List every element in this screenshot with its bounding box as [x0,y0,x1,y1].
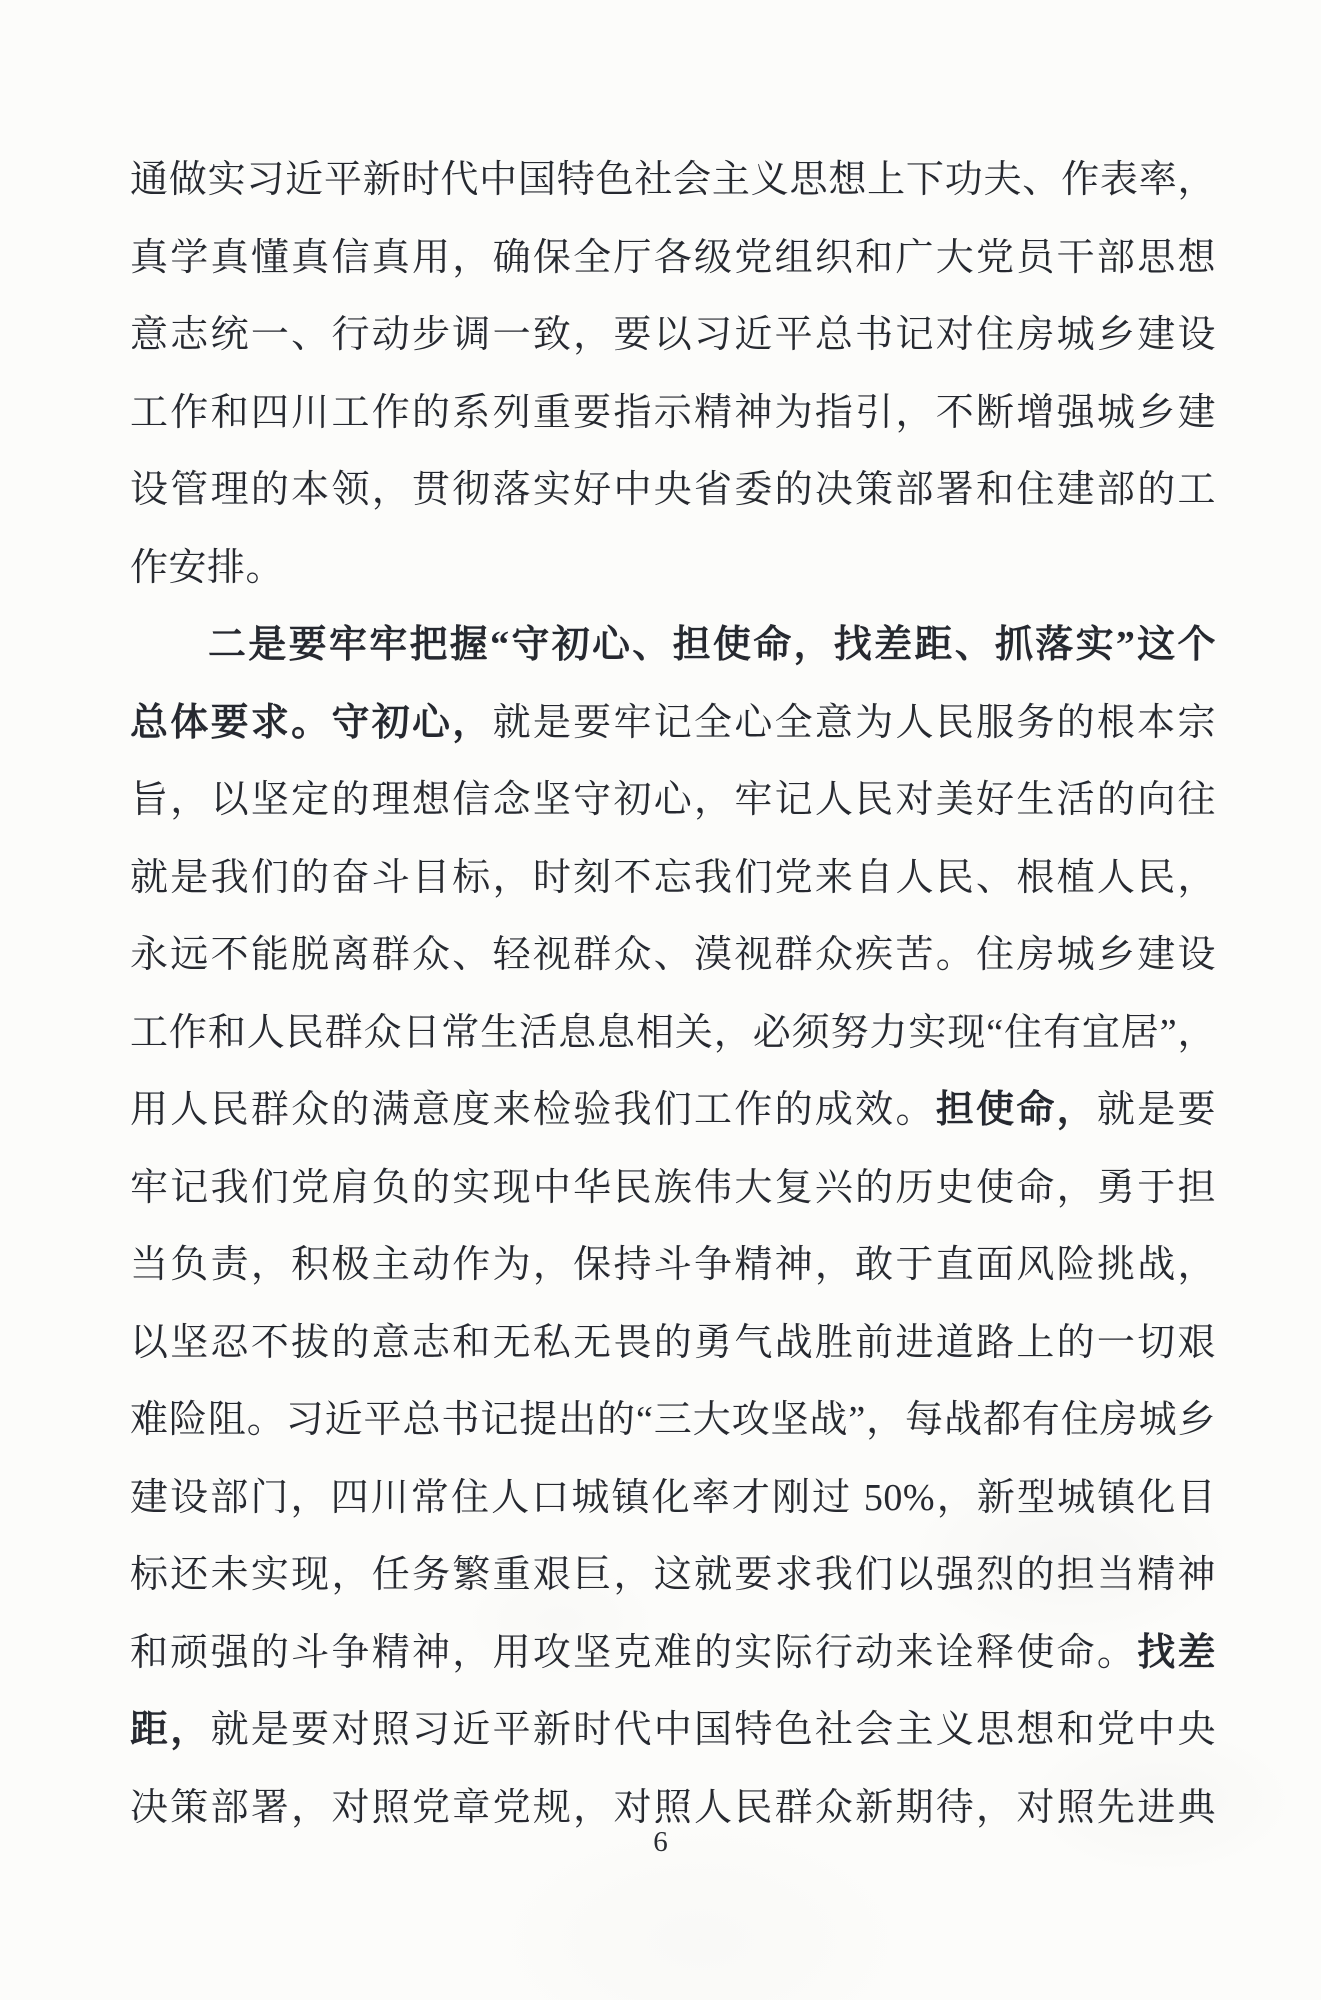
text-line: 真学真懂真信真用，确保全厅各级党组织和广大党员干部思想 [130,220,1216,298]
text-segment-emphasis: 距， [130,1709,211,1751]
text-segment: 以坚忍不拔的意志和无私无畏的勇气战胜前进道路上的一切艰 [130,1322,1216,1364]
text-line: 牢记我们党肩负的实现中华民族伟大复兴的历史使命，勇于担 [130,1150,1216,1228]
text-segment: 通做实习近平新时代中国特色社会主义思想上下功夫、作表率， [130,159,1216,201]
text-line: 二是要牢牢把握“守初心、担使命，找差距、抓落实”这个 [130,607,1216,685]
text-segment-emphasis: 二是要牢牢把握“守初心、担使命，找差距、抓落实”这个 [208,624,1216,666]
text-segment: 用人民群众的满意度来检验我们工作的成效。 [130,1089,936,1131]
text-line: 通做实习近平新时代中国特色社会主义思想上下功夫、作表率， [130,142,1216,220]
text-line: 建设部门，四川常住人口城镇化率才刚过 50%，新型城镇化目 [130,1460,1216,1538]
text-line: 当负责，积极主动作为，保持斗争精神，敢于直面风险挑战， [130,1227,1216,1305]
text-line: 作安排。 [130,530,1216,608]
text-segment: 就是要对照习近平新时代中国特色社会主义思想和党中央 [211,1709,1216,1751]
text-line: 就是我们的奋斗目标，时刻不忘我们党来自人民、根植人民， [130,840,1216,918]
text-segment: 设管理的本领，贯彻落实好中央省委的决策部署和住建部的工 [130,469,1216,511]
text-segment-emphasis: 总体要求。 [130,702,331,744]
text-line: 用人民群众的满意度来检验我们工作的成效。担使命，就是要 [130,1072,1216,1150]
text-line: 以坚忍不拔的意志和无私无畏的勇气战胜前进道路上的一切艰 [130,1305,1216,1383]
text-segment-emphasis: 找差 [1137,1632,1216,1674]
document-body: 通做实习近平新时代中国特色社会主义思想上下功夫、作表率，真学真懂真信真用，确保全… [130,142,1216,1847]
text-segment-emphasis: 守初心， [331,702,492,744]
text-line: 意志统一、行动步调一致，要以习近平总书记对住房城乡建设 [130,297,1216,375]
text-line: 和顽强的斗争精神，用攻坚克难的实际行动来诠释使命。找差 [130,1615,1216,1693]
text-segment: 就是我们的奋斗目标，时刻不忘我们党来自人民、根植人民， [130,857,1216,899]
text-segment: 标还未实现，任务繁重艰巨，这就要求我们以强烈的担当精神 [130,1554,1216,1596]
text-segment-emphasis: 担使命， [936,1089,1097,1131]
text-segment: 作安排。 [130,547,284,589]
text-segment: 旨，以坚定的理想信念坚守初心，牢记人民对美好生活的向往 [130,779,1216,821]
page-footer: 6 [0,1826,1321,1859]
text-segment: 和顽强的斗争精神，用攻坚克难的实际行动来诠释使命。 [130,1632,1137,1674]
text-line: 设管理的本领，贯彻落实好中央省委的决策部署和住建部的工 [130,452,1216,530]
text-segment: 意志统一、行动步调一致，要以习近平总书记对住房城乡建设 [130,314,1216,356]
text-line: 总体要求。守初心，就是要牢记全心全意为人民服务的根本宗 [130,685,1216,763]
text-line: 旨，以坚定的理想信念坚守初心，牢记人民对美好生活的向往 [130,762,1216,840]
text-segment: 决策部署，对照党章党规，对照人民群众新期待，对照先进典 [130,1787,1216,1829]
text-segment: 建设部门，四川常住人口城镇化率才刚过 50%，新型城镇化目 [130,1477,1216,1519]
text-line: 工作和四川工作的系列重要指示精神为指引，不断增强城乡建 [130,375,1216,453]
text-segment: 工作和人民群众日常生活息息相关，必须努力实现“住有宜居”， [130,1012,1216,1054]
page-number: 6 [653,1826,668,1858]
text-line: 永远不能脱离群众、轻视群众、漠视群众疾苦。住房城乡建设 [130,917,1216,995]
text-segment: 难险阻。习近平总书记提出的“三大攻坚战”，每战都有住房城乡 [130,1399,1216,1441]
text-line: 难险阻。习近平总书记提出的“三大攻坚战”，每战都有住房城乡 [130,1382,1216,1460]
text-line: 标还未实现，任务繁重艰巨，这就要求我们以强烈的担当精神 [130,1537,1216,1615]
text-line: 工作和人民群众日常生活息息相关，必须努力实现“住有宜居”， [130,995,1216,1073]
text-segment: 真学真懂真信真用，确保全厅各级党组织和广大党员干部思想 [130,237,1216,279]
text-segment: 永远不能脱离群众、轻视群众、漠视群众疾苦。住房城乡建设 [130,934,1216,976]
text-line: 距，就是要对照习近平新时代中国特色社会主义思想和党中央 [130,1692,1216,1770]
text-segment: 牢记我们党肩负的实现中华民族伟大复兴的历史使命，勇于担 [130,1167,1216,1209]
text-segment: 就是要 [1097,1089,1216,1131]
document-page: 通做实习近平新时代中国特色社会主义思想上下功夫、作表率，真学真懂真信真用，确保全… [0,0,1321,2000]
text-segment: 就是要牢记全心全意为人民服务的根本宗 [493,702,1216,744]
text-segment: 当负责，积极主动作为，保持斗争精神，敢于直面风险挑战， [130,1244,1216,1286]
text-segment: 工作和四川工作的系列重要指示精神为指引，不断增强城乡建 [130,392,1216,434]
